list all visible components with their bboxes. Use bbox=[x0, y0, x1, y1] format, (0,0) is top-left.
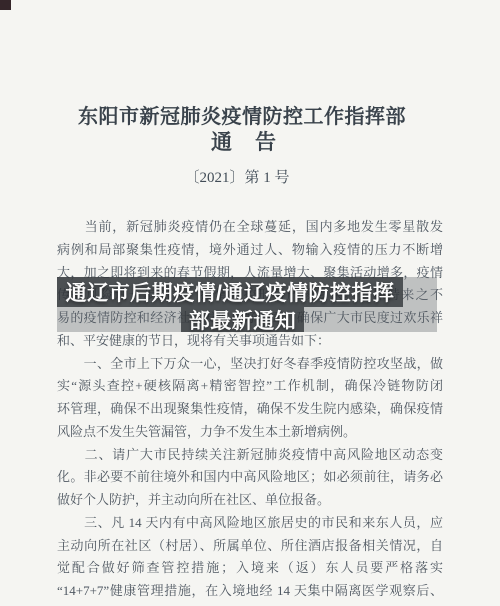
scanned-document-page: 东阳市新冠肺炎疫情防控工作指挥部 通 告 〔2021〕第 1 号 当前，新冠肺炎… bbox=[0, 0, 500, 606]
caption-text-line1: 通辽市后期疫情/通辽疫情防控指挥 bbox=[66, 277, 395, 307]
scan-corner-artifact bbox=[0, 0, 11, 10]
document-line: 病例和局部聚集性疫情，境外通过人、物输入疫情的压力不断增 bbox=[57, 239, 443, 262]
document-line: 主动向所在社区（村居）、所属单位、所住酒店报备相关情况，自 bbox=[57, 535, 443, 558]
document-line: 二、请广大市民持续关注新冠肺炎疫情中高风险地区动态变 bbox=[57, 444, 443, 467]
document-title: 东阳市新冠肺炎疫情防控工作指挥部 bbox=[8, 100, 476, 129]
caption-overlay-line2: 部最新通知 bbox=[181, 307, 304, 332]
document-line: 觉配合做好筛查管控措施；入境来（返）东人员要严格落实 bbox=[57, 557, 443, 580]
document-line: 三、凡 14 天内有中高风险地区旅居史的市民和来东人员，应 bbox=[57, 512, 443, 535]
document-line: 实“源头查控+硬核隔离+精密智控”工作机制，确保冷链物防闭 bbox=[57, 375, 443, 398]
document-line: 环管理，确保不出现聚集性疫情，确保不发生院内感染，确保疫情 bbox=[57, 398, 443, 421]
document-line: 一、全市上下万众一心，坚决打好冬春季疫情防控攻坚战，做 bbox=[57, 353, 443, 376]
document-line: “14+7+7”健康管理措施，在入境地经 14 天集中隔离医学观察后、 bbox=[57, 580, 443, 602]
document-line: 当前，新冠肺炎疫情仍在全球蔓延，国内多地发生零星散发 bbox=[57, 216, 443, 239]
document-subtitle: 通 告 bbox=[0, 126, 488, 156]
caption-text-line2: 部最新通知 bbox=[189, 305, 297, 335]
document-body: 当前，新冠肺炎疫情仍在全球蔓延，国内多地发生零星散发病例和局部聚集性疫情，境外通… bbox=[57, 216, 443, 602]
caption-overlay-line1: 通辽市后期疫情/通辽疫情防控指挥 bbox=[57, 277, 403, 307]
document-number: 〔2021〕第 1 号 bbox=[0, 166, 474, 187]
document-line: 化。非必要不前往境外和国内中高风险地区；如必须前往，请务必 bbox=[57, 466, 443, 489]
document-line: 做好个人防护，并主动向所在社区、单位报备。 bbox=[57, 489, 443, 512]
document-line: 风险点不发生失管漏管，力争不发生本土新增病例。 bbox=[57, 421, 443, 444]
